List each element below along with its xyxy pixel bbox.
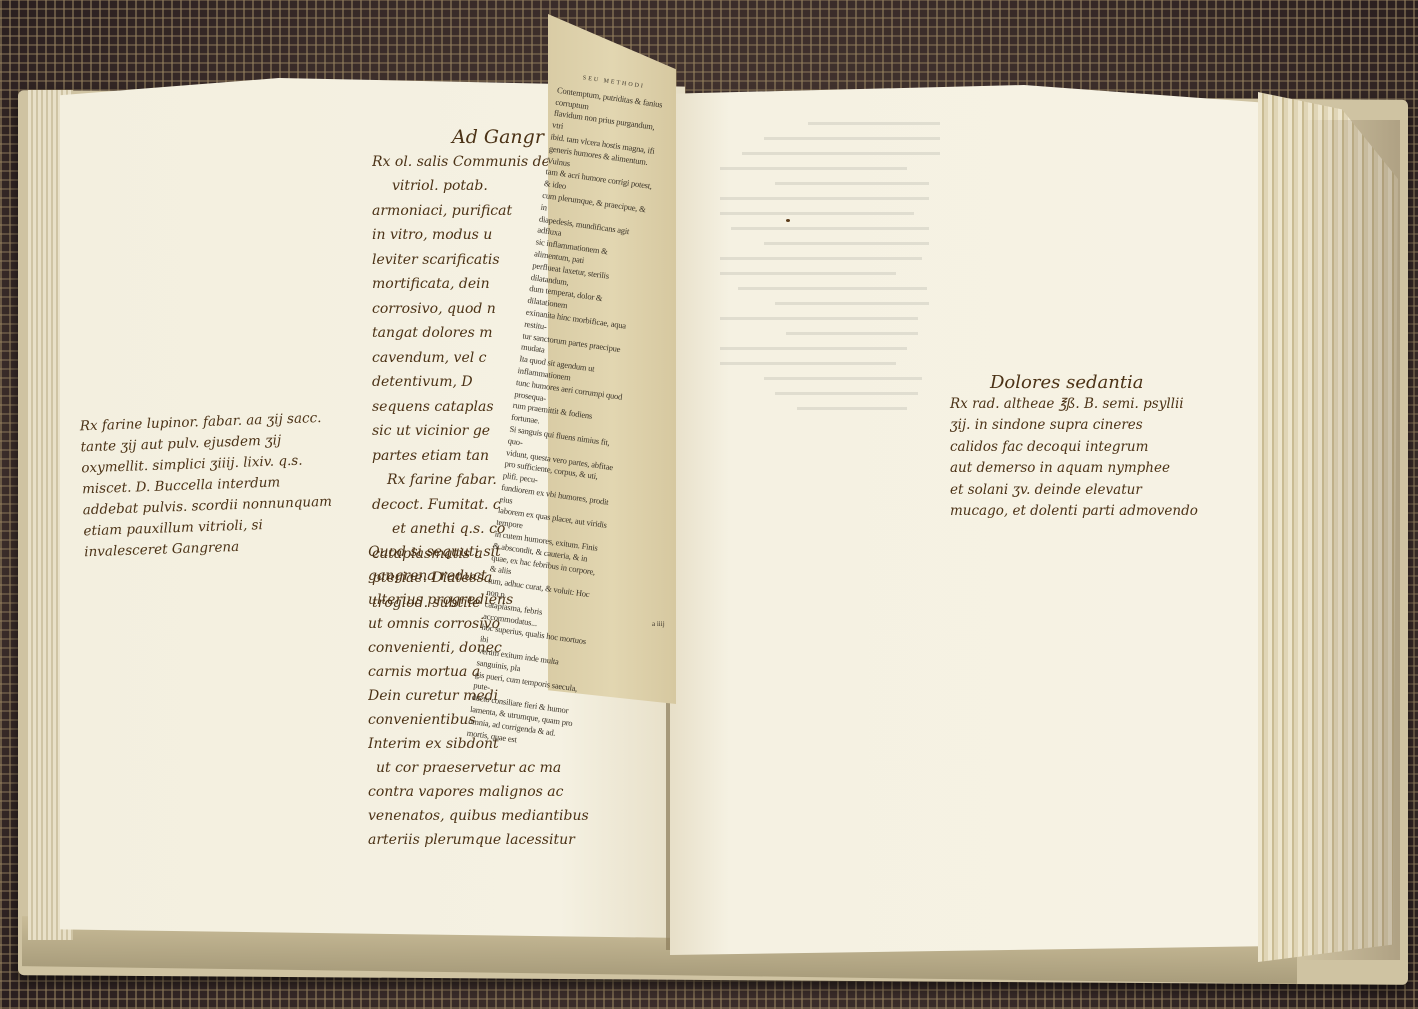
manuscript-line: Rx ol. salis Communis del. — [372, 150, 552, 175]
manuscript-line: aut demerso in aquam nymphee — [950, 458, 1198, 480]
manuscript-line: et solani ʒv. deinde elevatur — [950, 480, 1198, 502]
manuscript-line: mortificata, dein — [372, 272, 552, 297]
manuscript-line: armoniaci, purificat — [372, 199, 552, 224]
ink-speck — [786, 219, 790, 222]
manuscript-line: calidos fac decoqui integrum — [950, 437, 1198, 459]
manuscript-line: contra vapores malignos ac — [368, 780, 678, 804]
manuscript-line: Rx rad. altheae ℥ß. B. semi. psyllii — [950, 394, 1198, 416]
manuscript-line: ut cor praeservetur ac ma — [376, 756, 678, 780]
manuscript-line: ʒij. in sindone supra cineres — [950, 415, 1198, 437]
manuscript-right-block: Dolores sedantia Rx rad. altheae ℥ß. B. … — [950, 372, 1198, 523]
right-edge-shadow — [1300, 120, 1400, 960]
manuscript-line: leviter scarificatis — [372, 248, 552, 273]
manuscript-line: vitriol. potab. — [392, 174, 552, 199]
manuscript-line: arteriis plerumque lacessitur — [368, 828, 678, 852]
manuscript-line: in vitro, modus u — [372, 223, 552, 248]
manuscript-heading: Ad Gangr — [452, 125, 552, 150]
bleed-through-print — [720, 110, 940, 422]
manuscript-heading: Dolores sedantia — [990, 372, 1198, 394]
manuscript-line: mucago, et dolenti parti admovendo — [950, 501, 1198, 523]
manuscript-line: venenatos, quibus mediantibus — [368, 804, 678, 828]
signature-mark: a iiij — [652, 620, 665, 628]
manuscript-left-block: Rx farine lupinor. fabar. aa ʒij sacc. t… — [80, 408, 334, 564]
